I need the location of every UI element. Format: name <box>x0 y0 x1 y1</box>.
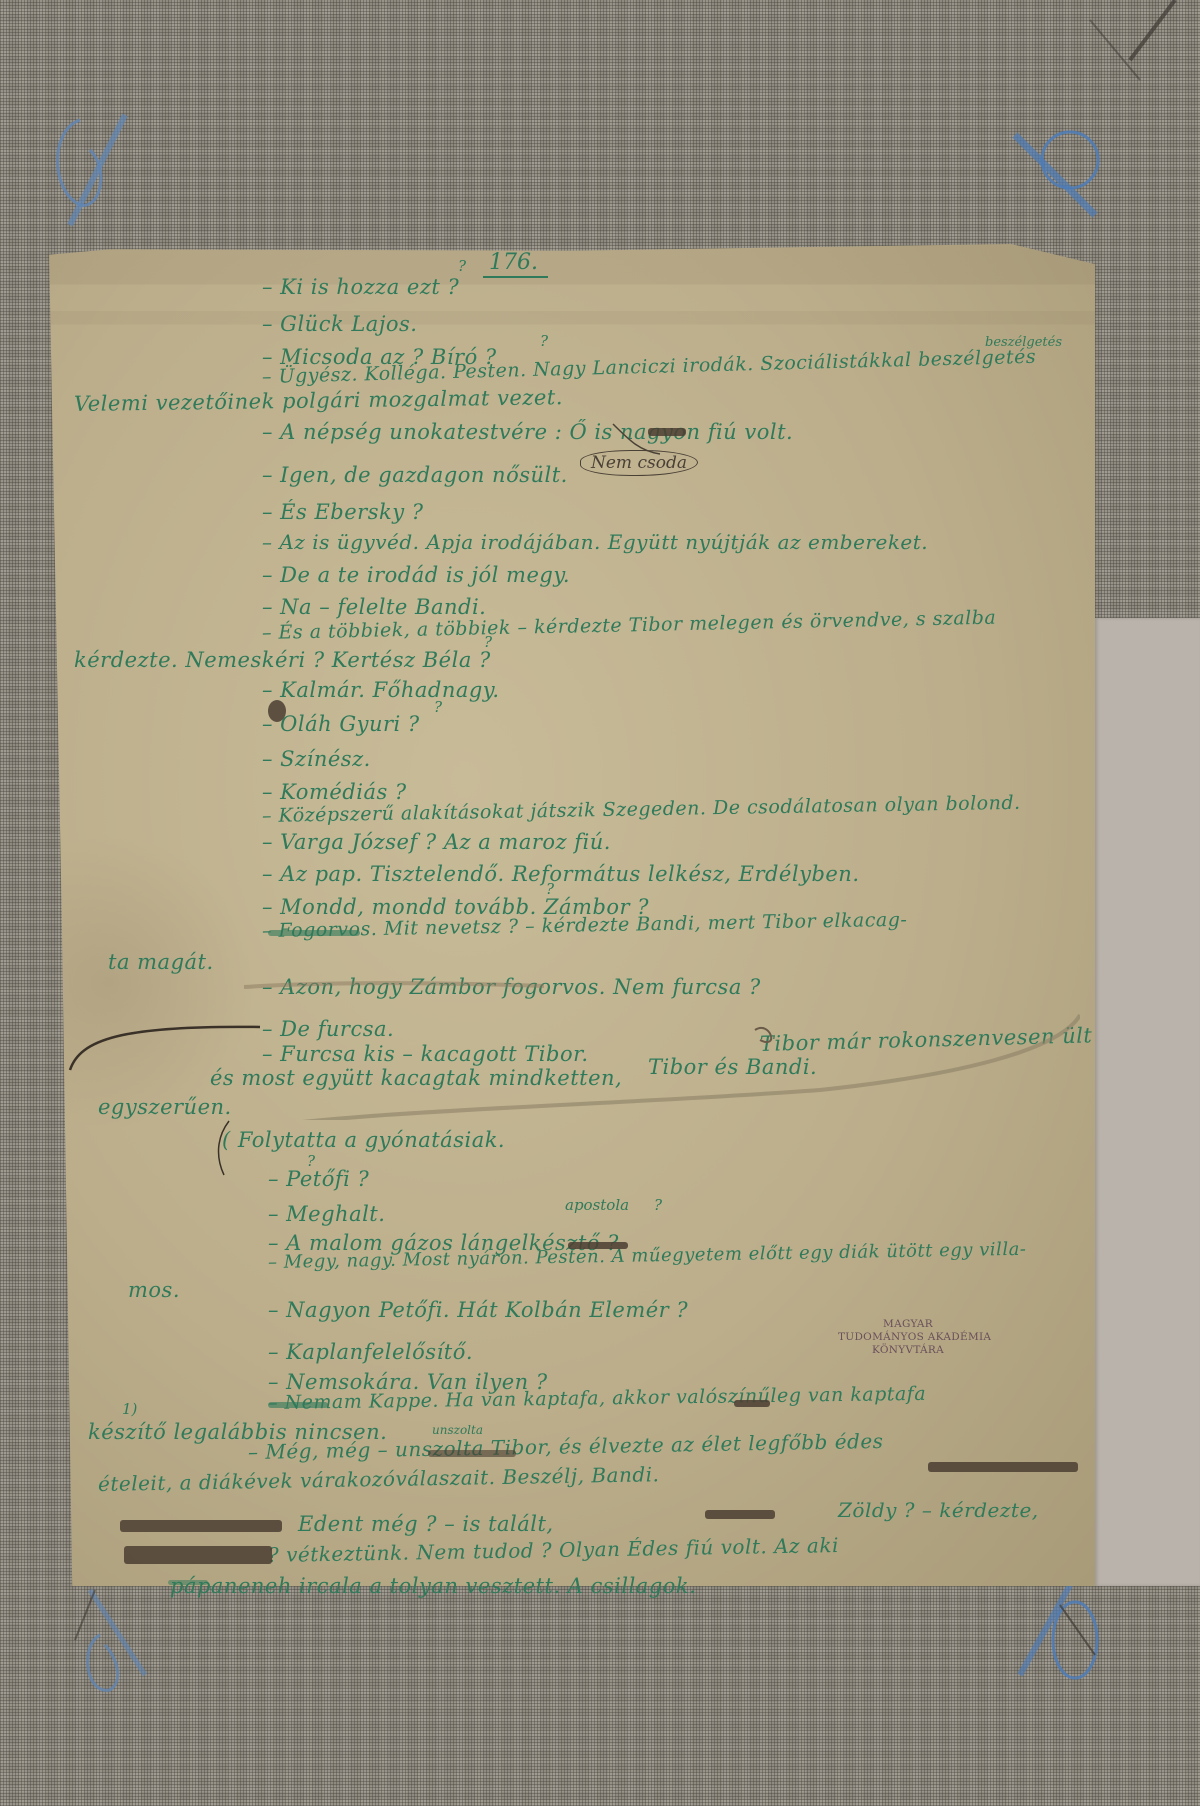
strikeout-mark <box>168 1580 208 1585</box>
corner-mark-top-right-icon <box>1010 115 1120 225</box>
library-stamp: MAGYAR TUDOMÁNYOS AKADÉMIA KÖNYVTÁRA <box>838 1318 978 1357</box>
manuscript-line: – A népség unokatestvére : Ő is nagyon f… <box>262 420 793 444</box>
manuscript-line: ta magát. <box>108 950 214 974</box>
ink-blot <box>268 700 286 722</box>
manuscript-line: egyszerűen. <box>98 1095 232 1119</box>
manuscript-line: – Meghalt. <box>268 1202 385 1226</box>
strikeout-mark <box>568 1242 628 1249</box>
superscript-mark: ? <box>434 698 442 716</box>
corner-mark-top-left-icon <box>40 100 130 230</box>
stamp-line-1: MAGYAR <box>838 1318 978 1331</box>
manuscript-line: mos. <box>128 1278 180 1302</box>
manuscript-line: – Komédiás ? <box>262 780 407 804</box>
manuscript-line: és most együtt kacagtak mindketten, <box>210 1066 622 1090</box>
manuscript-line: – Varga József ? Az a maroz fiú. <box>262 830 611 854</box>
manuscript-line: – Az pap. Tisztelendő. Református lelkés… <box>262 862 860 886</box>
superscript-mark: beszélgetés <box>985 335 1062 350</box>
strikeout-mark <box>928 1462 1078 1472</box>
superscript-mark: ? <box>458 257 466 275</box>
manuscript-line: – Az is ügyvéd. Apja irodájában. Együtt … <box>262 530 928 554</box>
strikeout-mark <box>734 1400 770 1407</box>
strikeout-mark <box>120 1520 282 1532</box>
manuscript-line: – Kaplanfelelősítő. <box>268 1340 473 1364</box>
manuscript-line: – Furcsa kis – kacagott Tibor. <box>262 1042 589 1066</box>
superscript-mark: apostola <box>565 1196 629 1214</box>
manuscript-line: – De furcsa. <box>262 1017 394 1041</box>
superscript-mark: 1) <box>122 1400 137 1418</box>
manuscript-line: kérdezte. Nemeskéri ? Kertész Béla ? <box>74 648 491 672</box>
manuscript-line: Tibor és Bandi. <box>648 1055 817 1079</box>
strikeout-mark <box>124 1546 272 1564</box>
manuscript-line: – Kalmár. Főhadnagy. <box>262 678 500 702</box>
manuscript-line: Edent még ? – is talált, <box>298 1512 554 1536</box>
manuscript-line: – Igen, de gazdagon nősült. <box>262 463 568 487</box>
manuscript-line: pápaneneh ircala a tolyan vesztett. A cs… <box>170 1574 696 1598</box>
strikeout-mark <box>648 428 686 436</box>
strikeout-mark <box>268 930 360 936</box>
mount-board <box>1095 618 1200 1586</box>
manuscript-line: Zöldy ? – kérdezte, <box>838 1498 1039 1522</box>
manuscript-line: – Nagyon Petőfi. Hát Kolbán Elemér ? <box>268 1298 688 1322</box>
superscript-mark: ? <box>546 880 554 898</box>
strikeout-mark <box>705 1510 775 1519</box>
superscript-mark: ? <box>654 1196 662 1214</box>
corner-mark-bottom-left-icon <box>55 1585 155 1705</box>
corner-mark-bottom-right-icon <box>1000 1585 1120 1695</box>
strikeout-mark <box>268 1402 328 1408</box>
superscript-mark: ? <box>307 1152 315 1170</box>
page-number: 176. <box>483 250 548 278</box>
superscript-mark: unszolta <box>432 1423 483 1437</box>
stamp-line-3: KÖNYVTÁRA <box>838 1344 978 1357</box>
manuscript-line: – De a te irodád is jól megy. <box>262 563 570 587</box>
manuscript-line: – Oláh Gyuri ? <box>262 712 420 736</box>
strikeout-mark <box>428 1450 516 1457</box>
manuscript-line: – Na – felelte Bandi. <box>262 595 486 619</box>
manuscript-line: – Ki is hozza ezt ? <box>262 275 459 299</box>
manuscript-line: – Azon, hogy Zámbor fogorvos. Nem furcsa… <box>262 975 761 999</box>
manuscript-line: – Színész. <box>262 747 371 771</box>
manuscript-line: – Glück Lajos. <box>262 312 417 336</box>
manuscript-line: – És Ebersky ? <box>262 500 424 524</box>
superscript-mark: ? <box>484 633 492 651</box>
stamp-line-2: TUDOMÁNYOS AKADÉMIA <box>838 1331 978 1344</box>
pencil-annotation-nem-csoda: Nem csoda <box>580 450 698 476</box>
manuscript-line: – Petőfi ? <box>268 1167 369 1191</box>
pencil-line-top-right-icon <box>1060 0 1180 90</box>
superscript-mark: ? <box>540 332 548 350</box>
manuscript-line: ( Folytatta a gyónatásiak. <box>222 1128 505 1152</box>
